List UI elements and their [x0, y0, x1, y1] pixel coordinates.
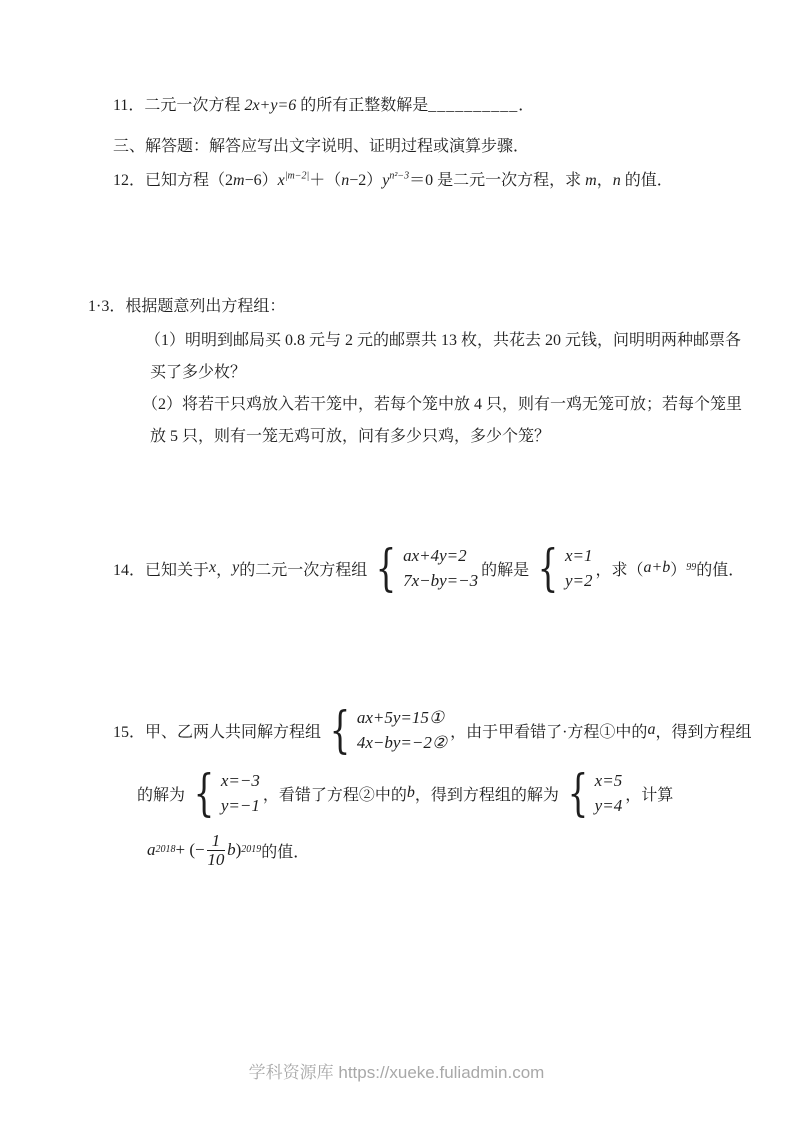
solution-system-1: { x=1 y=2 — [532, 546, 592, 591]
question-15-line2: 的解为 { x=−3 y=−1 ，看错了方程②中的b，得到方程组的解为 { x=… — [137, 762, 673, 824]
var-b: b — [227, 840, 236, 860]
question-15-text: 的解为 — [137, 782, 185, 805]
question-13-item2-line1: （2）将若干只鸡放入若干笼中，若每个笼中放 4 只，则有一鸡无笼可放；若每个笼里 — [142, 394, 742, 416]
question-13-text: （2）将若干只鸡放入若干笼中，若每个笼中放 4 只，则有一鸡无笼可放；若每个笼里 — [142, 396, 742, 413]
expr-a-plus-b: a+b — [643, 559, 670, 577]
question-12-text: −6） — [245, 172, 278, 189]
worksheet-page: 11．二元一次方程 2x+y=6 的所有正整数解是__________． 三、解… — [0, 0, 793, 1122]
fraction-numerator: 1 — [207, 833, 226, 851]
question-13-item1-line2: 买了多少枚？ — [150, 362, 246, 384]
question-12-text: 的值． — [621, 172, 673, 189]
question-15-text: ，得到方程组 — [655, 719, 751, 742]
solution-system-2: { x=−3 y=−1 — [188, 771, 260, 816]
var-b: b — [407, 784, 415, 802]
question-13-text: （1）明明到邮局买 0.8 元与 2 元的邮票共 13 枚，共花去 20 元钱，… — [145, 332, 741, 349]
question-13-title: 根据题意列出方程组： — [125, 298, 285, 315]
question-13-item2-line2: 放 5 只，则有一笼无鸡可放，问有多少只鸡，多少个笼？ — [150, 426, 550, 448]
left-brace: { — [376, 546, 397, 591]
var-m: m — [233, 172, 245, 189]
question-12-text: 已知方程（2 — [145, 172, 233, 189]
question-15-text: ，由于甲看错了·方程①中的 — [450, 719, 647, 742]
question-11-number: 11． — [113, 97, 144, 114]
equation-system-2: { ax+5y=15① 4x−by=−2② — [324, 708, 447, 753]
question-14-text: ，求（ — [595, 557, 643, 580]
question-14: 14．已知关于 x，y 的二元一次方程组 { ax+4y=2 7x−by=−3 … — [113, 532, 744, 604]
var-x: x — [278, 172, 285, 189]
question-11-period: ． — [518, 97, 534, 114]
question-14-text: 的二元一次方程组 — [239, 557, 367, 580]
equation-line: 4x−by=−2② — [357, 734, 447, 752]
left-brace: { — [567, 771, 588, 816]
var-a: a — [647, 721, 655, 739]
var-m: m — [585, 172, 597, 189]
section-3-heading: 三、解答题：解答应写出文字说明、证明过程或演算步骤． — [113, 136, 529, 158]
equation-line: y=−1 — [221, 797, 260, 815]
var-x: x — [209, 559, 216, 577]
question-11-equation: 2x+y=6 — [244, 97, 296, 114]
question-14-text: 已知关于 — [145, 557, 209, 580]
question-14-text: ， — [216, 557, 232, 580]
question-13-number: 1·3． — [88, 298, 125, 315]
expression-text: + (− — [176, 840, 205, 860]
fraction-one-tenth: 1 10 — [207, 833, 226, 868]
question-14-text: 的值． — [696, 557, 744, 580]
solution-system-3: { x=5 y=4 — [562, 771, 622, 816]
left-brace: { — [538, 546, 559, 591]
footer-watermark: 学科资源库 https://xueke.fuliadmin.com — [0, 1058, 793, 1083]
question-13-text: 买了多少枚？ — [150, 364, 246, 381]
equation-system-1: { ax+4y=2 7x−by=−3 — [370, 546, 478, 591]
question-11-text-pre: 二元一次方程 — [144, 97, 244, 114]
section-3-title: 三、解答题：解答应写出文字说明、证明过程或演算步骤． — [113, 138, 529, 155]
equation-line: 7x−by=−3 — [403, 572, 478, 590]
question-14-text: 的解是 — [481, 557, 529, 580]
equation-line: x=−3 — [221, 772, 260, 790]
equation-line: y=2 — [565, 572, 593, 590]
question-12: 12．已知方程（2m−6）x|m−2|＋（n−2）yn²−3＝0 是二元一次方程… — [113, 170, 673, 192]
fraction-denominator: 10 — [207, 851, 224, 868]
question-12-text: −2） — [349, 172, 382, 189]
question-15-text: ，看错了方程②中的 — [263, 782, 407, 805]
equation-line: x=1 — [565, 547, 593, 565]
var-a: a — [147, 840, 156, 860]
var-n: n — [613, 172, 621, 189]
question-15-expression: a2018 + (− 1 10 b)2019 的值． — [147, 822, 309, 878]
equation-line: y=4 — [595, 797, 623, 815]
equation-line: x=5 — [595, 772, 623, 790]
question-15-text: 甲、乙两人共同解方程组 — [145, 719, 321, 742]
question-14-text: ） — [670, 557, 686, 580]
left-brace: { — [330, 708, 351, 753]
question-11-text-post: 的所有正整数解是 — [296, 97, 428, 114]
y-exponent: n²−3 — [389, 171, 409, 182]
equation-line: ax+4y=2 — [403, 547, 478, 565]
x-exponent: |m−2| — [285, 171, 309, 182]
var-y: y — [232, 559, 239, 577]
answer-blank: __________ — [428, 97, 518, 114]
question-15-text: ，得到方程组的解为 — [415, 782, 559, 805]
left-brace: { — [194, 771, 215, 816]
question-13-item1-line1: （1）明明到邮局买 0.8 元与 2 元的邮票共 13 枚，共花去 20 元钱，… — [145, 330, 741, 352]
question-13-text: 放 5 只，则有一笼无鸡可放，问有多少只鸡，多少个笼？ — [150, 428, 550, 445]
question-12-text: ＋（ — [309, 172, 341, 189]
question-12-number: 12． — [113, 172, 145, 189]
question-13: 1·3．根据题意列出方程组： — [88, 296, 285, 318]
question-15-line1: 15．甲、乙两人共同解方程组 { ax+5y=15① 4x−by=−2② ，由于… — [113, 694, 751, 766]
question-14-number: 14． — [113, 557, 145, 580]
footer-text: 学科资源库 https://xueke.fuliadmin.com — [249, 1063, 545, 1082]
expression-text: 的值． — [261, 839, 309, 862]
question-15-number: 15． — [113, 719, 145, 742]
equation-line: ax+5y=15① — [357, 709, 447, 727]
question-15-text: ，计算 — [625, 782, 673, 805]
question-12-text: ， — [597, 172, 613, 189]
question-12-text: ＝0 是二元一次方程，求 — [409, 172, 585, 189]
question-11: 11．二元一次方程 2x+y=6 的所有正整数解是__________． — [113, 95, 534, 117]
